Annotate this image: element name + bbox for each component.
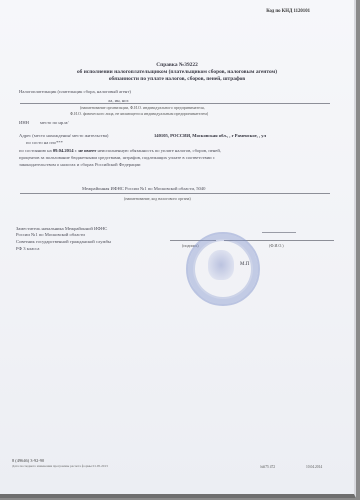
authority-caption: (наименование, код налогового органа): [124, 196, 191, 201]
status-verb: не имеет: [78, 148, 96, 153]
document-subtitle-1: об исполнении налогоплательщиком (плател…: [0, 69, 354, 75]
address-line-2: по состо на пзо***: [26, 140, 63, 145]
knd-code: Код по КНД 1120101: [266, 9, 310, 14]
document-subtitle-2: обязанности по уплате налогов, сборов, п…: [0, 76, 354, 82]
fio-caption: (Ф.И.О.): [269, 243, 284, 248]
status-date: 09.04.2014: [53, 148, 74, 153]
official-stamp: [186, 232, 260, 306]
status-line-2: процентов за пользование бюджетными сред…: [19, 155, 215, 160]
authority-line: [20, 193, 330, 194]
taxpayer-label: Налогоплательщик (плательщик сбора, нало…: [19, 89, 131, 94]
address-value: 140105, РОССИЯ, Московская обл., , г Рам…: [154, 133, 266, 138]
stamp-label: М.П: [240, 262, 249, 267]
authority-name: Межрайонная ИФНС России №1 по Московской…: [82, 186, 205, 191]
document-page: Код по КНД 1120101 Справка №39222 об исп…: [0, 0, 356, 498]
status-text-1: неисполненную обязанность по уплате нало…: [97, 148, 221, 153]
taxpayer-name-line: [20, 103, 330, 104]
document-title: Справка №39222: [0, 62, 354, 68]
address-label: Адрес (место нахождения/ место жительств…: [19, 133, 108, 138]
fio-handwritten-mark: [262, 232, 296, 233]
footer-date: 10.04.2014: [306, 465, 322, 469]
taxpayer-name: ла, ин, ног.: [108, 98, 129, 103]
status-g: г.: [75, 148, 78, 153]
signer-line-3: Советник государственной гражданской слу…: [16, 239, 111, 244]
signer-line-4: РФ 3 класса: [16, 246, 39, 251]
footer-phone: 8 (49646) 3-92-90: [12, 458, 44, 463]
footer-note: Дата последнего изменения программы расч…: [12, 464, 108, 468]
taxpayer-caption-1: (наименование организации, Ф.И.О. индиви…: [80, 105, 205, 110]
taxpayer-caption-2: Ф.И.О. физического лица, не являющегося …: [70, 111, 208, 116]
signer-line-1: Заместитель начальника Межрайонной ИФНС: [16, 226, 107, 231]
signer-line-2: России №1 по Московской области: [16, 232, 85, 237]
inn-label: ИНН: [19, 120, 29, 125]
footer-number: №675 472: [260, 465, 275, 469]
status-line-1: по состоянию на 09.04.2014 г. не имеет н…: [19, 148, 221, 153]
status-line-3: законодательством о налогах и сборах Рос…: [19, 162, 140, 167]
eagle-emblem-icon: [208, 250, 234, 280]
status-prefix: по состоянию на: [19, 148, 52, 153]
inn-value: место по нр.м/: [40, 120, 68, 125]
